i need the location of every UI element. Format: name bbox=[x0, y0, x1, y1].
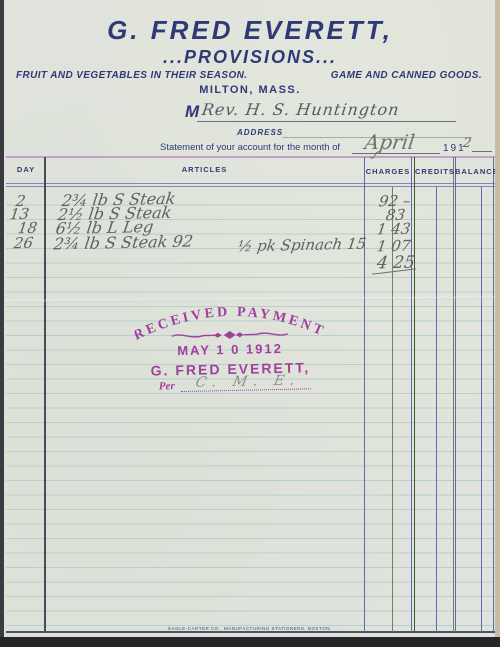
invoice-sheet: G. FRED EVERETT, ...PROVISIONS... FRUIT … bbox=[0, 0, 500, 647]
year-handwritten: 2 bbox=[462, 136, 472, 151]
tagline-left: FRUIT AND VEGETABLES IN THEIR SEASON. bbox=[16, 70, 247, 81]
pencil-check-mark bbox=[368, 150, 382, 162]
table-right-rule bbox=[493, 157, 494, 632]
customer-name-rule bbox=[197, 121, 456, 122]
tagline-right: GAME AND CANNED GOODS. bbox=[331, 70, 482, 81]
scan-edge-right bbox=[495, 0, 500, 640]
column-header-day: DAY bbox=[8, 165, 44, 174]
header-underline-2 bbox=[6, 186, 497, 187]
stamp-date: MAY 1 0 1912 bbox=[150, 340, 310, 358]
column-header-credits: CREDITS bbox=[415, 167, 453, 176]
ledger-row-day: 26 bbox=[13, 234, 35, 252]
credits-column-left-rule-a bbox=[411, 157, 412, 632]
column-header-charges: CHARGES bbox=[365, 167, 411, 176]
credits-column-left-rule-b bbox=[414, 157, 415, 632]
scan-edge-bottom bbox=[0, 637, 500, 647]
ruled-lines bbox=[6, 191, 497, 631]
header-underline-1 bbox=[6, 183, 497, 184]
balance-column-left-rule-a bbox=[453, 157, 454, 632]
year-rule bbox=[472, 151, 492, 152]
customer-name-handwritten: Rev. H. S. Huntington bbox=[201, 100, 401, 119]
trade-line: ...PROVISIONS... bbox=[0, 47, 500, 68]
balance-column-left-rule-b bbox=[455, 157, 456, 632]
balance-cents-divider bbox=[481, 187, 482, 632]
city-line: MILTON, MASS. bbox=[0, 84, 500, 96]
stamp-per-signature: C. M. E. bbox=[194, 372, 302, 390]
table-top-rule bbox=[6, 156, 497, 158]
table-bottom-rule bbox=[6, 631, 497, 633]
ledger-row-charge: 1 43 bbox=[376, 220, 412, 239]
credits-cents-divider bbox=[436, 187, 437, 632]
address-label: ADDRESS bbox=[237, 128, 283, 137]
business-name: G. FRED EVERETT, bbox=[0, 15, 500, 46]
statement-label: Statement of your account for the month … bbox=[160, 142, 340, 153]
ledger-row-article: 2¾ lb S Steak 92 bbox=[52, 232, 194, 254]
stamp-per-label: Per bbox=[159, 380, 175, 392]
charges-column-left-rule bbox=[364, 157, 365, 632]
m-prefix: M bbox=[185, 102, 199, 122]
column-header-balance: BALANCE bbox=[455, 167, 493, 176]
scan-edge-left bbox=[0, 0, 4, 647]
ledger-row-article-extra: ½ pk Spinach 15 bbox=[237, 235, 368, 256]
column-header-articles: ARTICLES bbox=[45, 165, 364, 174]
printer-imprint: EAGLE-CARTER CO., MANUFACTURING STATIONE… bbox=[100, 626, 400, 631]
received-payment-stamp: RECEIVED PAYMENT MAY 1 0 1912 G. FRED EV… bbox=[149, 294, 311, 399]
day-column-divider bbox=[44, 157, 46, 632]
